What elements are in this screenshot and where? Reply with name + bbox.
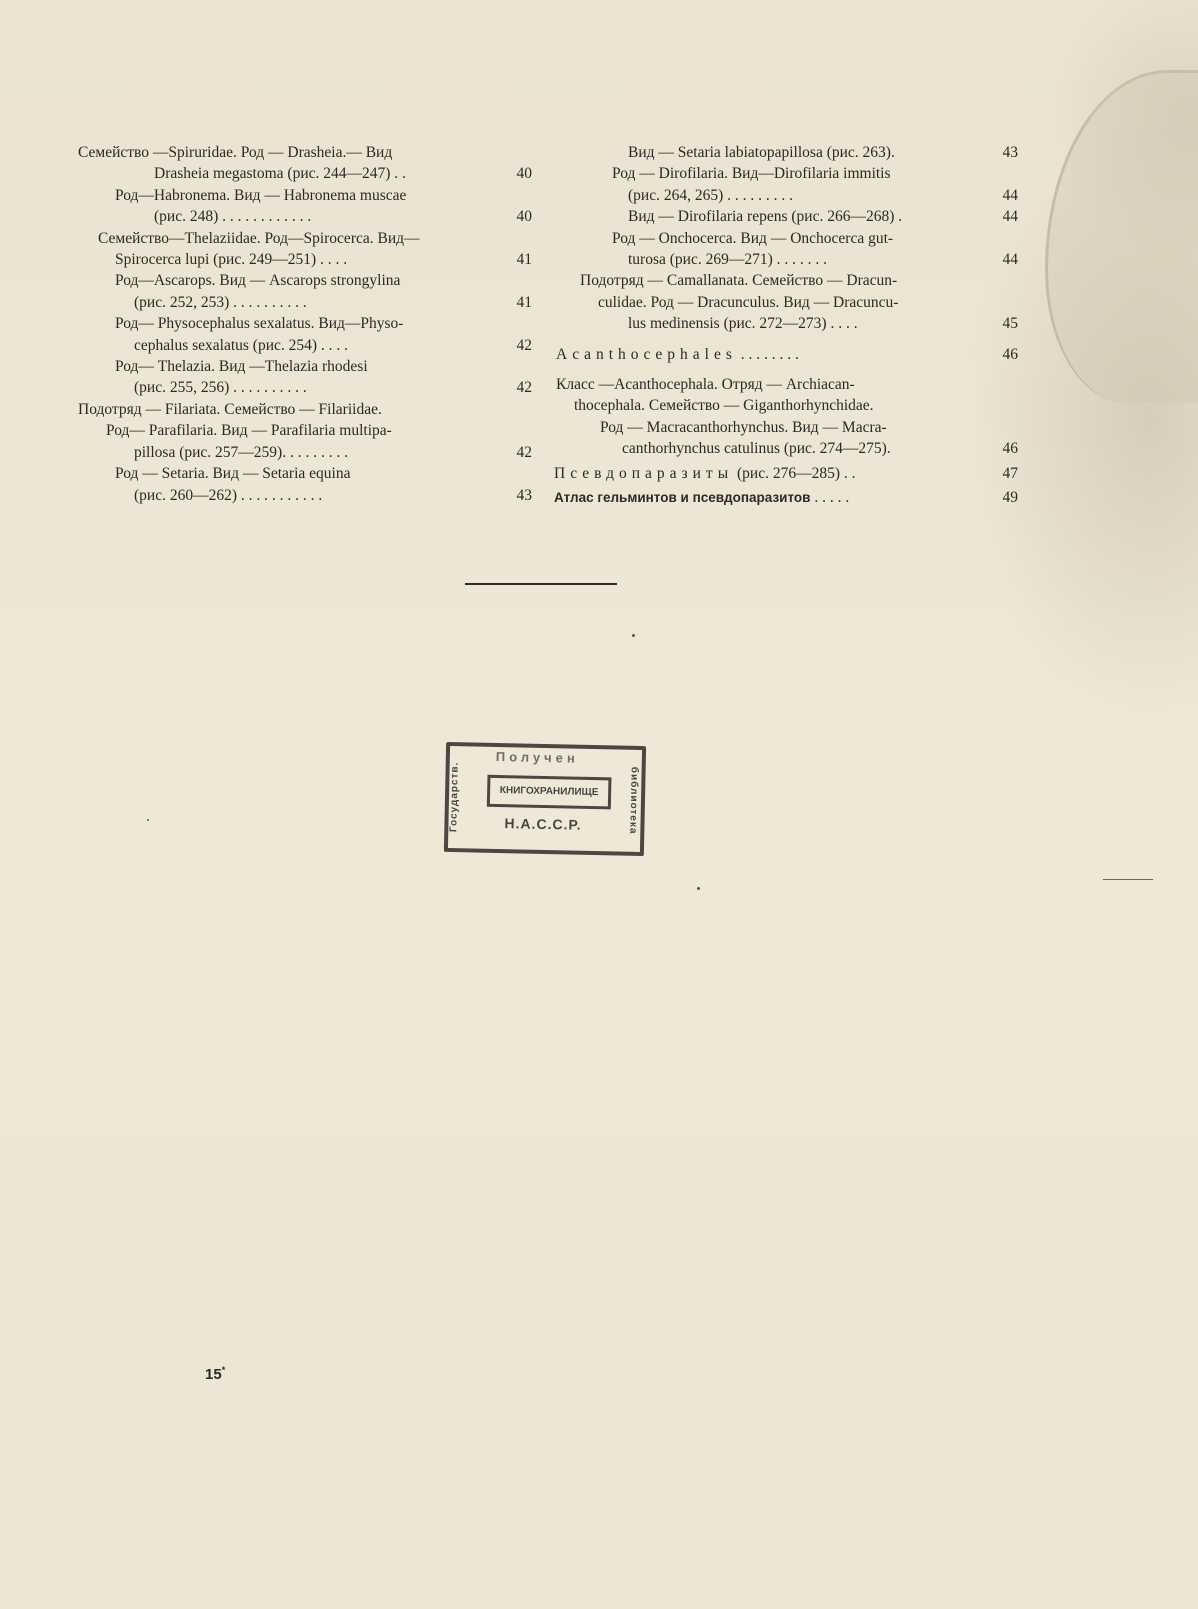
toc-line: Род — Macracanthorhynchus. Вид — Macra- <box>552 417 1018 438</box>
speck <box>1103 879 1153 880</box>
toc-line: Подотряд — Filariata. Семейство — Filari… <box>78 399 532 420</box>
toc-line: Семейство —Spiruridae. Род — Drasheia.— … <box>78 142 532 163</box>
toc-line: Вид — Setaria labiatopapillosa (рис. 263… <box>552 142 1018 163</box>
toc-right-column: Вид — Setaria labiatopapillosa (рис. 263… <box>552 142 1018 509</box>
stamp-top-text: Получен <box>496 749 579 766</box>
toc-line: (рис. 264, 265) . . . . . . . . .44 <box>552 185 1018 206</box>
toc-line: Род—Habronema. Вид — Habronema muscae <box>78 185 532 206</box>
toc-line: Вид — Dirofilaria repens (рис. 266—268) … <box>552 206 1018 227</box>
toc-line: Класс —Acanthocephala. Отряд — Archiacan… <box>552 374 1018 395</box>
toc-line: culidae. Род — Dracunculus. Вид — Dracun… <box>552 292 1018 313</box>
stamp-middle-text: КНИГОХРАНИЛИЩЕ <box>487 775 612 810</box>
speck <box>632 634 635 637</box>
toc-line: lus medinensis (рис. 272—273) . . . .45 <box>552 313 1018 334</box>
toc-section-pseudoparasites: Псевдопаразиты (рис. 276—285) . .47 <box>552 463 1018 484</box>
library-stamp: Государств. Получен КНИГОХРАНИЛИЩЕ Н.А.С… <box>444 742 646 856</box>
stamp-left-text: Государств. <box>448 752 470 842</box>
toc-line: turosa (рис. 269—271) . . . . . . .44 <box>552 249 1018 270</box>
speck <box>147 819 149 821</box>
toc-line: Drasheia megastoma (рис. 244—247) . .40 <box>78 163 532 184</box>
toc-section-acanthocephales: Acanthocephales . . . . . . . .46 <box>552 344 1018 365</box>
toc-line: (рис. 248) . . . . . . . . . . . .40 <box>78 206 532 227</box>
spacer <box>552 365 1018 374</box>
stamp-bottom-text: Н.А.С.С.Р. <box>504 815 581 833</box>
toc-line: Род—Ascarops. Вид — Ascarops strongylina <box>78 270 532 291</box>
toc-line: canthorhynchus catulinus (рис. 274—275).… <box>552 438 1018 459</box>
spacer <box>552 335 1018 344</box>
toc-line: Род— Parafilaria. Вид — Parafilaria mult… <box>78 420 532 441</box>
toc-line: thocephala. Семейство — Giganthorhynchid… <box>552 395 1018 416</box>
toc-line: (рис. 252, 253) . . . . . . . . . .41 <box>78 292 532 313</box>
toc-line: Spirocerca lupi (рис. 249—251) . . . .41 <box>78 249 532 270</box>
toc-line: Род — Dirofilaria. Вид—Dirofilaria immit… <box>552 163 1018 184</box>
toc-line: Род — Onchocerca. Вид — Onchocerca gut- <box>552 228 1018 249</box>
toc-line: pillosa (рис. 257—259). . . . . . . . .4… <box>78 442 532 463</box>
page-number: 15* <box>205 1365 225 1383</box>
toc-left-column: Семейство —Spiruridae. Род — Drasheia.— … <box>78 142 532 506</box>
toc-line: (рис. 260—262) . . . . . . . . . . .43 <box>78 485 532 506</box>
page-number-mark: * <box>222 1365 226 1375</box>
toc-section-atlas: Атлас гельминтов и псевдопаразитов . . .… <box>552 487 1018 508</box>
toc-line: Подотряд — Camallanata. Семейство — Drac… <box>552 270 1018 291</box>
section-divider <box>465 583 617 585</box>
toc-line: (рис. 255, 256) . . . . . . . . . .42 <box>78 377 532 398</box>
toc-line: Род— Thelazia. Вид —Thelazia rhodesi <box>78 356 532 377</box>
toc-line: cephalus sexalatus (рис. 254) . . . .42 <box>78 335 532 356</box>
stamp-right-text: библиотека <box>618 756 640 846</box>
speck <box>697 887 700 890</box>
toc-line: Род— Physocephalus sexalatus. Вид—Physo- <box>78 313 532 334</box>
toc-line: Семейство—Thelaziidae. Род—Spirocerca. В… <box>78 228 532 249</box>
toc-line: Род — Setaria. Вид — Setaria equina <box>78 463 532 484</box>
